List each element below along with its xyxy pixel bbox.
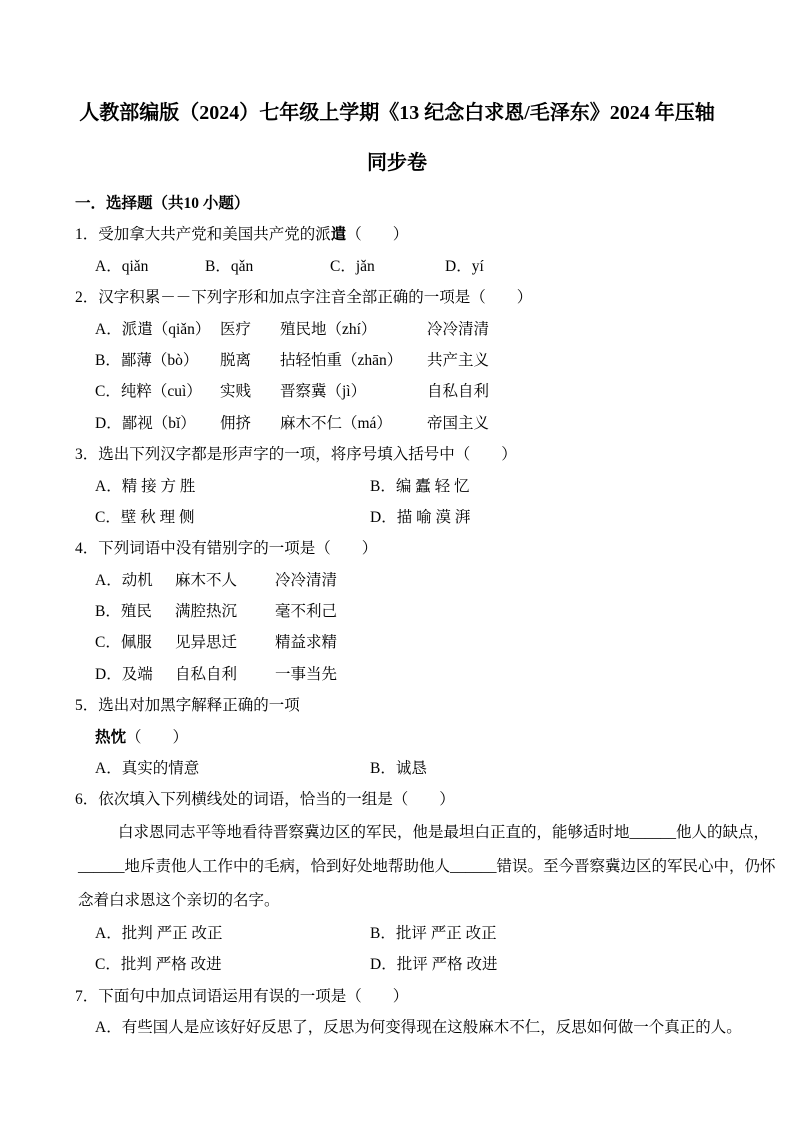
q4-b-word-1: B．殖民 xyxy=(95,596,175,627)
question-3-stem: 3．选出下列汉字都是形声字的一项，将序号填入括号中（ ） xyxy=(75,439,794,470)
q4-option-c-row: C．佩服 见异思迁 精益求精 xyxy=(95,627,794,658)
q5-options-row: A．真实的情意 B．诚恳 xyxy=(95,753,794,784)
q1-option-d: D．yí xyxy=(445,251,794,282)
question-4-stem: 4．下列词语中没有错别字的一项是（ ） xyxy=(75,533,794,564)
q3-option-b: B．编 蠹 轻 忆 xyxy=(370,471,794,502)
q6-passage-line-2: ______地斥责他人工作中的毛病，恰到好处地帮助他人______错误。至今晋察… xyxy=(78,850,739,884)
q4-option-b-row: B．殖民 满腔热沉 毫不利己 xyxy=(95,596,794,627)
q2-a-word-3: 殖民地（zhí） xyxy=(280,314,427,345)
q4-a-word-3: 冷冷清清 xyxy=(275,565,794,596)
q2-c-word-2: 实贱 xyxy=(220,376,280,407)
q4-b-word-2: 满腔热沉 xyxy=(175,596,275,627)
q5-answer-brackets: （ ） xyxy=(126,729,188,746)
q3-option-c: C．壁 秋 理 侧 xyxy=(95,502,370,533)
q2-option-a-row: A．派遣（qiǎn） 医疗 殖民地（zhí） 冷冷清清 xyxy=(95,314,794,345)
q6-options-row-2: C．批判 严格 改进 D．批评 严格 改进 xyxy=(95,949,794,980)
q2-c-word-3: 晋察冀（jì） xyxy=(280,376,427,407)
q1-stem-text: 1．受加拿大共产党和美国共产党的派 xyxy=(75,226,331,243)
q6-option-b: B．批评 严正 改正 xyxy=(370,918,794,949)
q2-c-word-4: 自私自利 xyxy=(427,376,794,407)
q2-option-b-row: B．鄙薄（bò） 脱离 拈轻怕重（zhān） 共产主义 xyxy=(95,345,794,376)
q3-options-row-1: A．精 接 方 胜 B．编 蠹 轻 忆 xyxy=(95,471,794,502)
q6-option-d: D．批评 严格 改进 xyxy=(370,949,794,980)
question-7-stem: 7．下面句中加点词语运用有误的一项是（ ） xyxy=(75,981,794,1012)
q2-b-word-2: 脱离 xyxy=(220,345,280,376)
question-1-stem: 1．受加拿大共产党和美国共产党的派遣（ ） xyxy=(75,219,794,250)
exam-paper-page: 人教部编版（2024）七年级上学期《13 纪念白求恩/毛泽东》2024 年压轴 … xyxy=(0,0,794,1123)
q4-a-word-2: 麻木不人 xyxy=(175,565,275,596)
q2-d-word-2: 佣挤 xyxy=(220,408,280,439)
q4-c-word-2: 见异思迁 xyxy=(175,627,275,658)
q2-option-c-row: C．纯粹（cuì） 实贱 晋察冀（jì） 自私自利 xyxy=(95,376,794,407)
q2-a-word-2: 医疗 xyxy=(220,314,280,345)
paper-title: 人教部编版（2024）七年级上学期《13 纪念白求恩/毛泽东》2024 年压轴 … xyxy=(40,88,754,188)
q7-option-a: A．有些国人是应该好好反思了，反思为何变得现在这般麻木不仁，反思如何做一个真正的… xyxy=(95,1012,794,1043)
q2-option-d-row: D．鄙视（bǐ） 佣挤 麻木不仁（má） 帝国主义 xyxy=(95,408,794,439)
q6-option-c: C．批判 严格 改进 xyxy=(95,949,370,980)
q2-a-word-4: 冷冷清清 xyxy=(427,314,794,345)
question-5-stem: 5．选出对加黑字解释正确的一项 xyxy=(75,690,794,721)
q1-option-b: B．qǎn xyxy=(205,251,330,282)
q1-stem-bold-char: 遣 xyxy=(331,226,347,243)
question-6-stem: 6．依次填入下列横线处的词语，恰当的一组是（ ） xyxy=(75,784,794,815)
q2-b-word-1: B．鄙薄（bò） xyxy=(95,345,220,376)
q2-d-word-4: 帝国主义 xyxy=(427,408,794,439)
q4-c-word-3: 精益求精 xyxy=(275,627,794,658)
q4-d-word-1: D．及端 xyxy=(95,659,175,690)
q2-b-word-3: 拈轻怕重（zhān） xyxy=(280,345,427,376)
q5-target-word: 热忱（ ） xyxy=(95,722,794,753)
q2-d-word-3: 麻木不仁（má） xyxy=(280,408,427,439)
q6-passage-line-1: 白求恩同志平等地看待晋察冀边区的军民，他是最坦白正直的，能够适时地______他… xyxy=(78,816,739,850)
q3-option-d: D．描 喻 漠 湃 xyxy=(370,502,794,533)
q5-word-bold-char: 忱 xyxy=(111,729,127,746)
paper-title-line-2: 同步卷 xyxy=(40,138,754,188)
q4-b-word-3: 毫不利己 xyxy=(275,596,794,627)
q2-b-word-4: 共产主义 xyxy=(427,345,794,376)
paper-title-line-1: 人教部编版（2024）七年级上学期《13 纪念白求恩/毛泽东》2024 年压轴 xyxy=(40,88,754,138)
q2-a-word-1: A．派遣（qiǎn） xyxy=(95,314,220,345)
q3-options-row-2: C．壁 秋 理 侧 D．描 喻 漠 湃 xyxy=(95,502,794,533)
q5-option-b: B．诚恳 xyxy=(370,753,794,784)
q2-c-word-1: C．纯粹（cuì） xyxy=(95,376,220,407)
q4-d-word-2: 自私自利 xyxy=(175,659,275,690)
q5-word-pre: 热 xyxy=(95,729,111,746)
q6-option-a: A．批判 严正 改正 xyxy=(95,918,370,949)
q5-option-a: A．真实的情意 xyxy=(95,753,370,784)
section-heading: 一．选择题（共10 小题） xyxy=(75,188,794,219)
q4-d-word-3: 一事当先 xyxy=(275,659,794,690)
q4-c-word-1: C．佩服 xyxy=(95,627,175,658)
q1-option-a: A．qiǎn xyxy=(95,251,205,282)
q4-a-word-1: A．动机 xyxy=(95,565,175,596)
question-2-stem: 2．汉字积累－－下列字形和加点字注音全部正确的一项是（ ） xyxy=(75,282,794,313)
q6-passage-line-3: 念着白求恩这个亲切的名字。 xyxy=(78,884,739,918)
q4-option-d-row: D．及端 自私自利 一事当先 xyxy=(95,659,794,690)
q4-option-a-row: A．动机 麻木不人 冷冷清清 xyxy=(95,565,794,596)
q1-answer-brackets: （ ） xyxy=(346,226,408,243)
q2-d-word-1: D．鄙视（bǐ） xyxy=(95,408,220,439)
q6-options-row-1: A．批判 严正 改正 B．批评 严正 改正 xyxy=(95,918,794,949)
q1-option-c: C．jǎn xyxy=(330,251,445,282)
question-1-options: A．qiǎn B．qǎn C．jǎn D．yí xyxy=(95,251,794,282)
q3-option-a: A．精 接 方 胜 xyxy=(95,471,370,502)
